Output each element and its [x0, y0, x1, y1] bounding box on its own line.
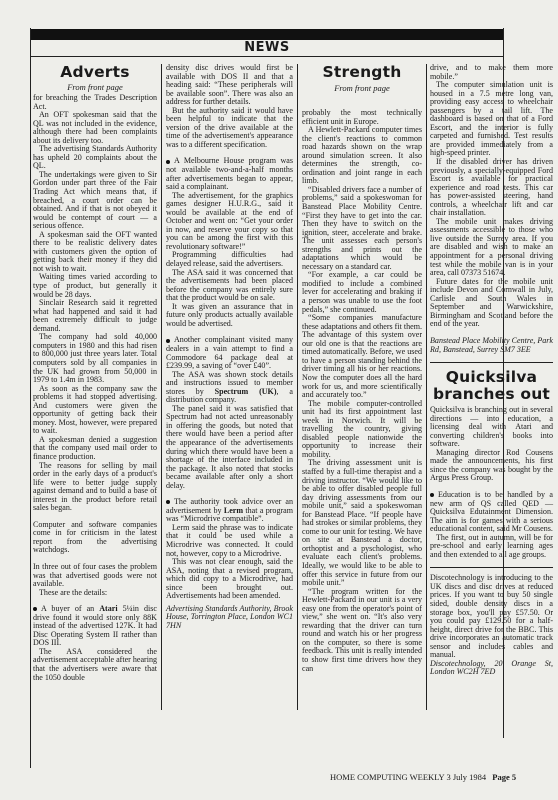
- adverts-headline: Adverts: [33, 64, 157, 81]
- paragraph: The authority took advice over an advert…: [166, 498, 293, 524]
- paragraph: Quicksilva is branching out in several d…: [430, 406, 553, 449]
- adverts-column-2: density disc drives would first be avail…: [166, 64, 293, 712]
- page-frame-left: [30, 28, 31, 768]
- paragraph: The ASA considered the advertisement acc…: [33, 648, 157, 682]
- page-footer: HOME COMPUTING WEEKLY 3 July 1984 Page 5: [330, 772, 558, 782]
- paragraph: A spokesman said the OFT wanted there to…: [33, 231, 157, 274]
- paragraph: The mobile computer-controlled unit had …: [302, 400, 422, 460]
- paragraph: Lerm said the phrase was to indicate tha…: [166, 524, 293, 558]
- bullet-icon: [166, 339, 170, 343]
- paragraph: Programming difficulties had delayed rel…: [166, 251, 293, 268]
- strength-headline: Strength: [302, 64, 422, 81]
- paragraph: density disc drives would first be avail…: [166, 64, 293, 107]
- paragraph: The ASA was shown stock details and inst…: [166, 371, 293, 405]
- strength-byline: From front page: [302, 83, 422, 93]
- paragraph: The reasons for selling by mail order in…: [33, 462, 157, 513]
- divider: [430, 567, 553, 568]
- paragraph: A Melbourne House program was not availa…: [166, 157, 293, 191]
- paragraph: As soon as the company saw the problems …: [33, 385, 157, 436]
- paragraph: A spokesman denied a suggestion that the…: [33, 436, 157, 462]
- bullet-icon: [166, 160, 170, 164]
- adverts-byline: From front page: [33, 82, 157, 92]
- paragraph: Waiting times varied according to type o…: [33, 273, 157, 299]
- quicksilva-headline: Quicksilva branches out: [430, 369, 553, 403]
- paragraph: Education is to be handled by a new arm …: [430, 491, 553, 534]
- paragraph: Managing director Rod Cousens made the a…: [430, 449, 553, 483]
- strength-column-1: Strength From front page probably the mo…: [302, 64, 422, 673]
- paragraph: Sinclair Research said it regretted what…: [33, 299, 157, 333]
- paragraph: for breaching the Trades Description Act…: [33, 94, 157, 111]
- paragraph: drive, and to make them more mobile.”: [430, 64, 553, 81]
- paragraph: “Some companies manufacture these adapta…: [302, 314, 422, 399]
- paragraph: The driving assessment unit is staffed b…: [302, 459, 422, 587]
- paragraph: The undertakings were given to Sir Gordo…: [33, 171, 157, 231]
- column-rule: [426, 64, 427, 710]
- bullet-icon: [430, 493, 434, 497]
- column-rule: [161, 64, 162, 710]
- paragraph: The first, out in autumn, will be for pr…: [430, 534, 553, 560]
- paragraph: “The program written for the Hewlett-Pac…: [302, 588, 422, 673]
- section-title: NEWS: [31, 40, 503, 57]
- paragraph: probably the most technically efficient …: [302, 109, 422, 126]
- paragraph: The advertisement, for the graphics game…: [166, 192, 293, 252]
- paragraph: The computer simulation unit is housed i…: [430, 81, 553, 158]
- adverts-column-1: Adverts From front page for breaching th…: [33, 64, 157, 682]
- paragraph: A buyer of an Atari 5¼in disc drive foun…: [33, 605, 157, 648]
- page-number: Page 5: [492, 772, 516, 782]
- paragraph: The panel said it was satisfied that Spe…: [166, 405, 293, 490]
- paragraph: It was given an assurance that in future…: [166, 303, 293, 329]
- paragraph: An OFT spokesman said that the QL was no…: [33, 111, 157, 145]
- publication-name: HOME COMPUTING WEEKLY 3 July 1984: [330, 772, 486, 782]
- paragraph: But the authority said it would have bee…: [166, 107, 293, 150]
- section-top-bar: [31, 29, 503, 40]
- discotechnology-address: Discotechnology, 20 Orange St, London WC…: [430, 660, 553, 677]
- news-page: NEWS Adverts From front page for breachi…: [30, 28, 504, 768]
- divider: [430, 362, 553, 363]
- column-4: drive, and to make them more mobile.” Th…: [430, 64, 553, 677]
- column-rule: [297, 64, 298, 710]
- paragraph: “Disabled drivers face a number of probl…: [302, 186, 422, 271]
- strength-address: Banstead Place Mobility Centre, Park Rd,…: [430, 337, 553, 354]
- paragraph: “For example, a car could be modified to…: [302, 271, 422, 314]
- paragraph: This was not clear enough, said the ASA,…: [166, 558, 293, 601]
- paragraph: If the disabled driver has driven previo…: [430, 158, 553, 218]
- paragraph: The mobile unit makes driving assessment…: [430, 218, 553, 278]
- bullet-icon: [33, 607, 37, 611]
- paragraph: These are the details:: [33, 589, 157, 598]
- bullet-icon: [166, 500, 170, 504]
- adverts-address: Advertising Standards Authority, Brook H…: [166, 605, 293, 631]
- paragraph: The company had sold 40,000 computers in…: [33, 333, 157, 384]
- paragraph: The ASA said it was concerned that the a…: [166, 269, 293, 303]
- paragraph: Another complainant visited many dealers…: [166, 336, 293, 370]
- paragraph: Computer and software companies come in …: [33, 521, 157, 555]
- paragraph: Discotechnology is introducing to the UK…: [430, 574, 553, 659]
- paragraph: A Hewlett-Packard computer times the cli…: [302, 126, 422, 186]
- paragraph: Future dates for the mobile unit include…: [430, 278, 553, 329]
- paragraph: The advertising Standards Authority has …: [33, 145, 157, 171]
- paragraph: In three out of four cases the problem w…: [33, 563, 157, 589]
